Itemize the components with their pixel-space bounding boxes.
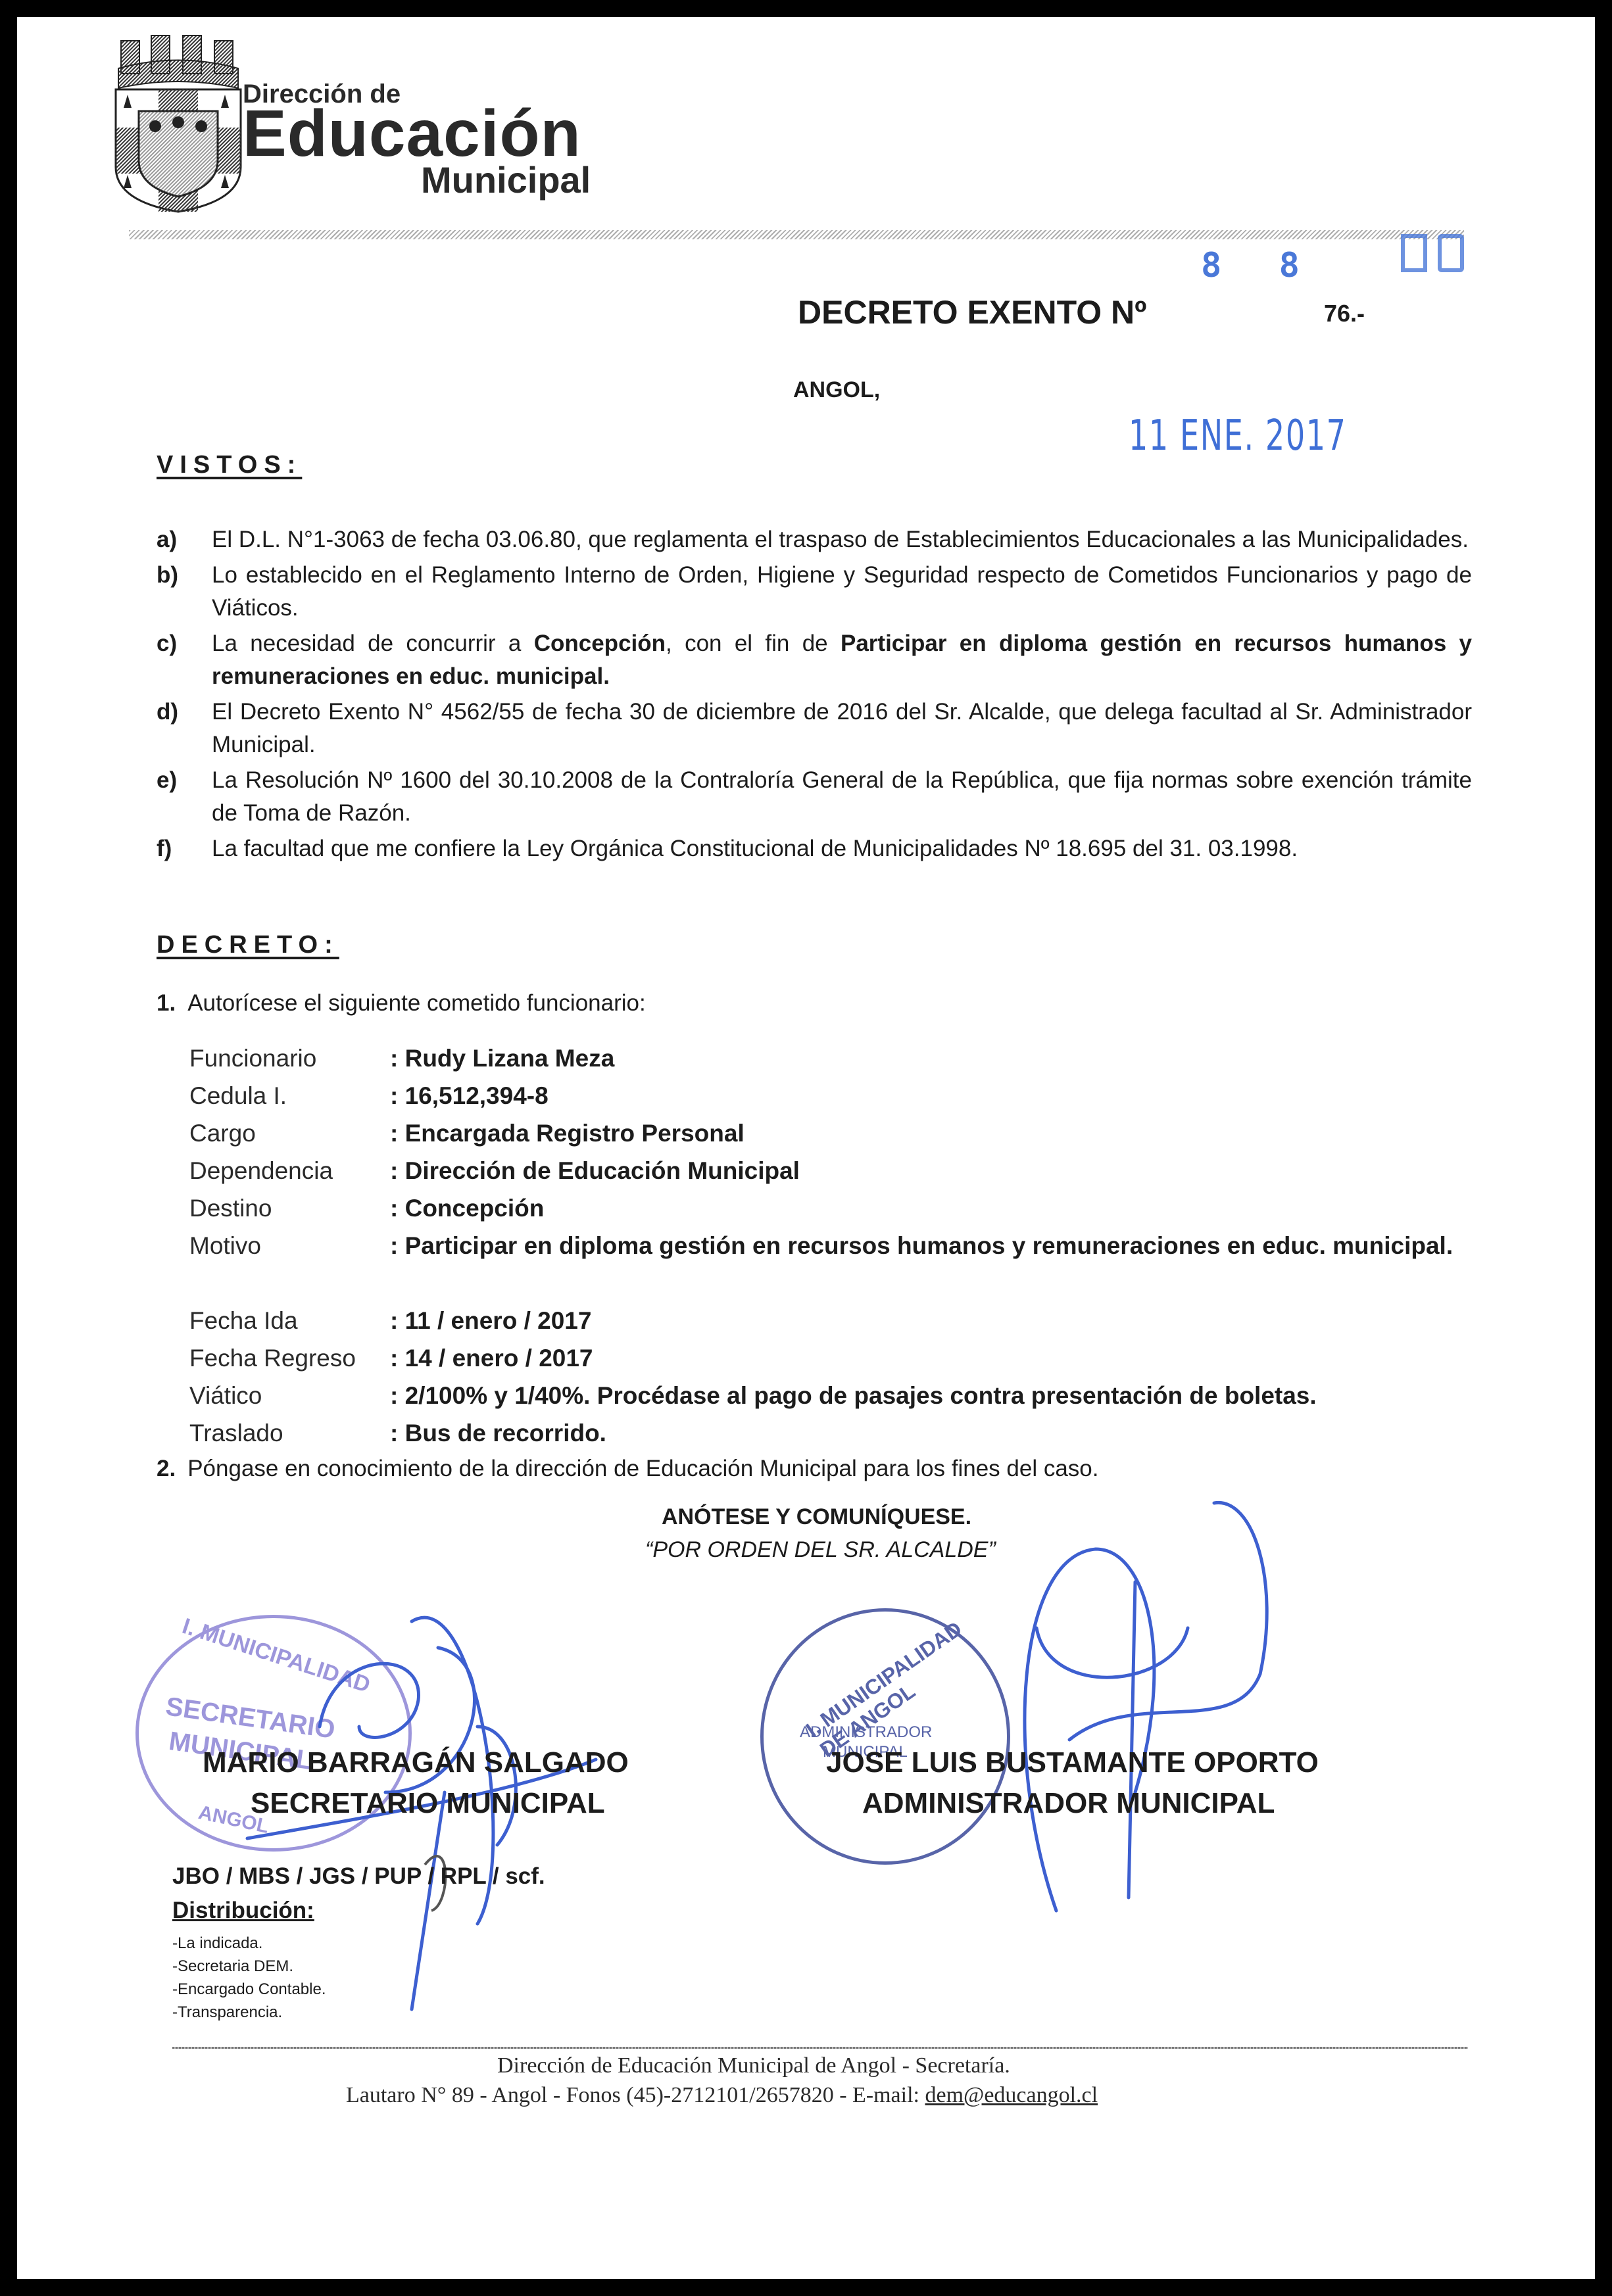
footer-divider xyxy=(172,2047,1468,2049)
document-page: Dirección de Educación Municipal 8 8 DEC… xyxy=(17,17,1595,2279)
list-item: -Secretaria DEM. xyxy=(172,1955,326,1978)
email-link[interactable]: dem@educangol.cl xyxy=(925,2083,1098,2107)
list-item: -Transparencia. xyxy=(172,2001,326,2024)
signatory-2-name: JOSE LUIS BUSTAMANTE OPORTO xyxy=(826,1746,1319,1779)
signatory-1-name: MARIO BARRAGÁN SALGADO xyxy=(203,1746,629,1779)
footer-contact: Lautaro N° 89 - Angol - Fonos (45)-27121… xyxy=(346,2083,1098,2108)
reference-initials: JBO / MBS / JGS / PUP / RPL / scf. xyxy=(172,1863,545,1890)
signatory-1-role: SECRETARIO MUNICIPAL xyxy=(251,1787,605,1820)
footer-office: Dirección de Educación Municipal de Ango… xyxy=(497,2053,1010,2078)
list-item: -La indicada. xyxy=(172,1932,326,1955)
distribution-list: -La indicada. -Secretaria DEM. -Encargad… xyxy=(172,1932,326,2024)
list-item: -Encargado Contable. xyxy=(172,1978,326,2001)
footer-address: Lautaro N° 89 - Angol - Fonos (45)-27121… xyxy=(346,2083,925,2107)
signatory-2-role: ADMINISTRADOR MUNICIPAL xyxy=(862,1787,1275,1820)
distribution-heading: Distribución: xyxy=(172,1898,314,1924)
